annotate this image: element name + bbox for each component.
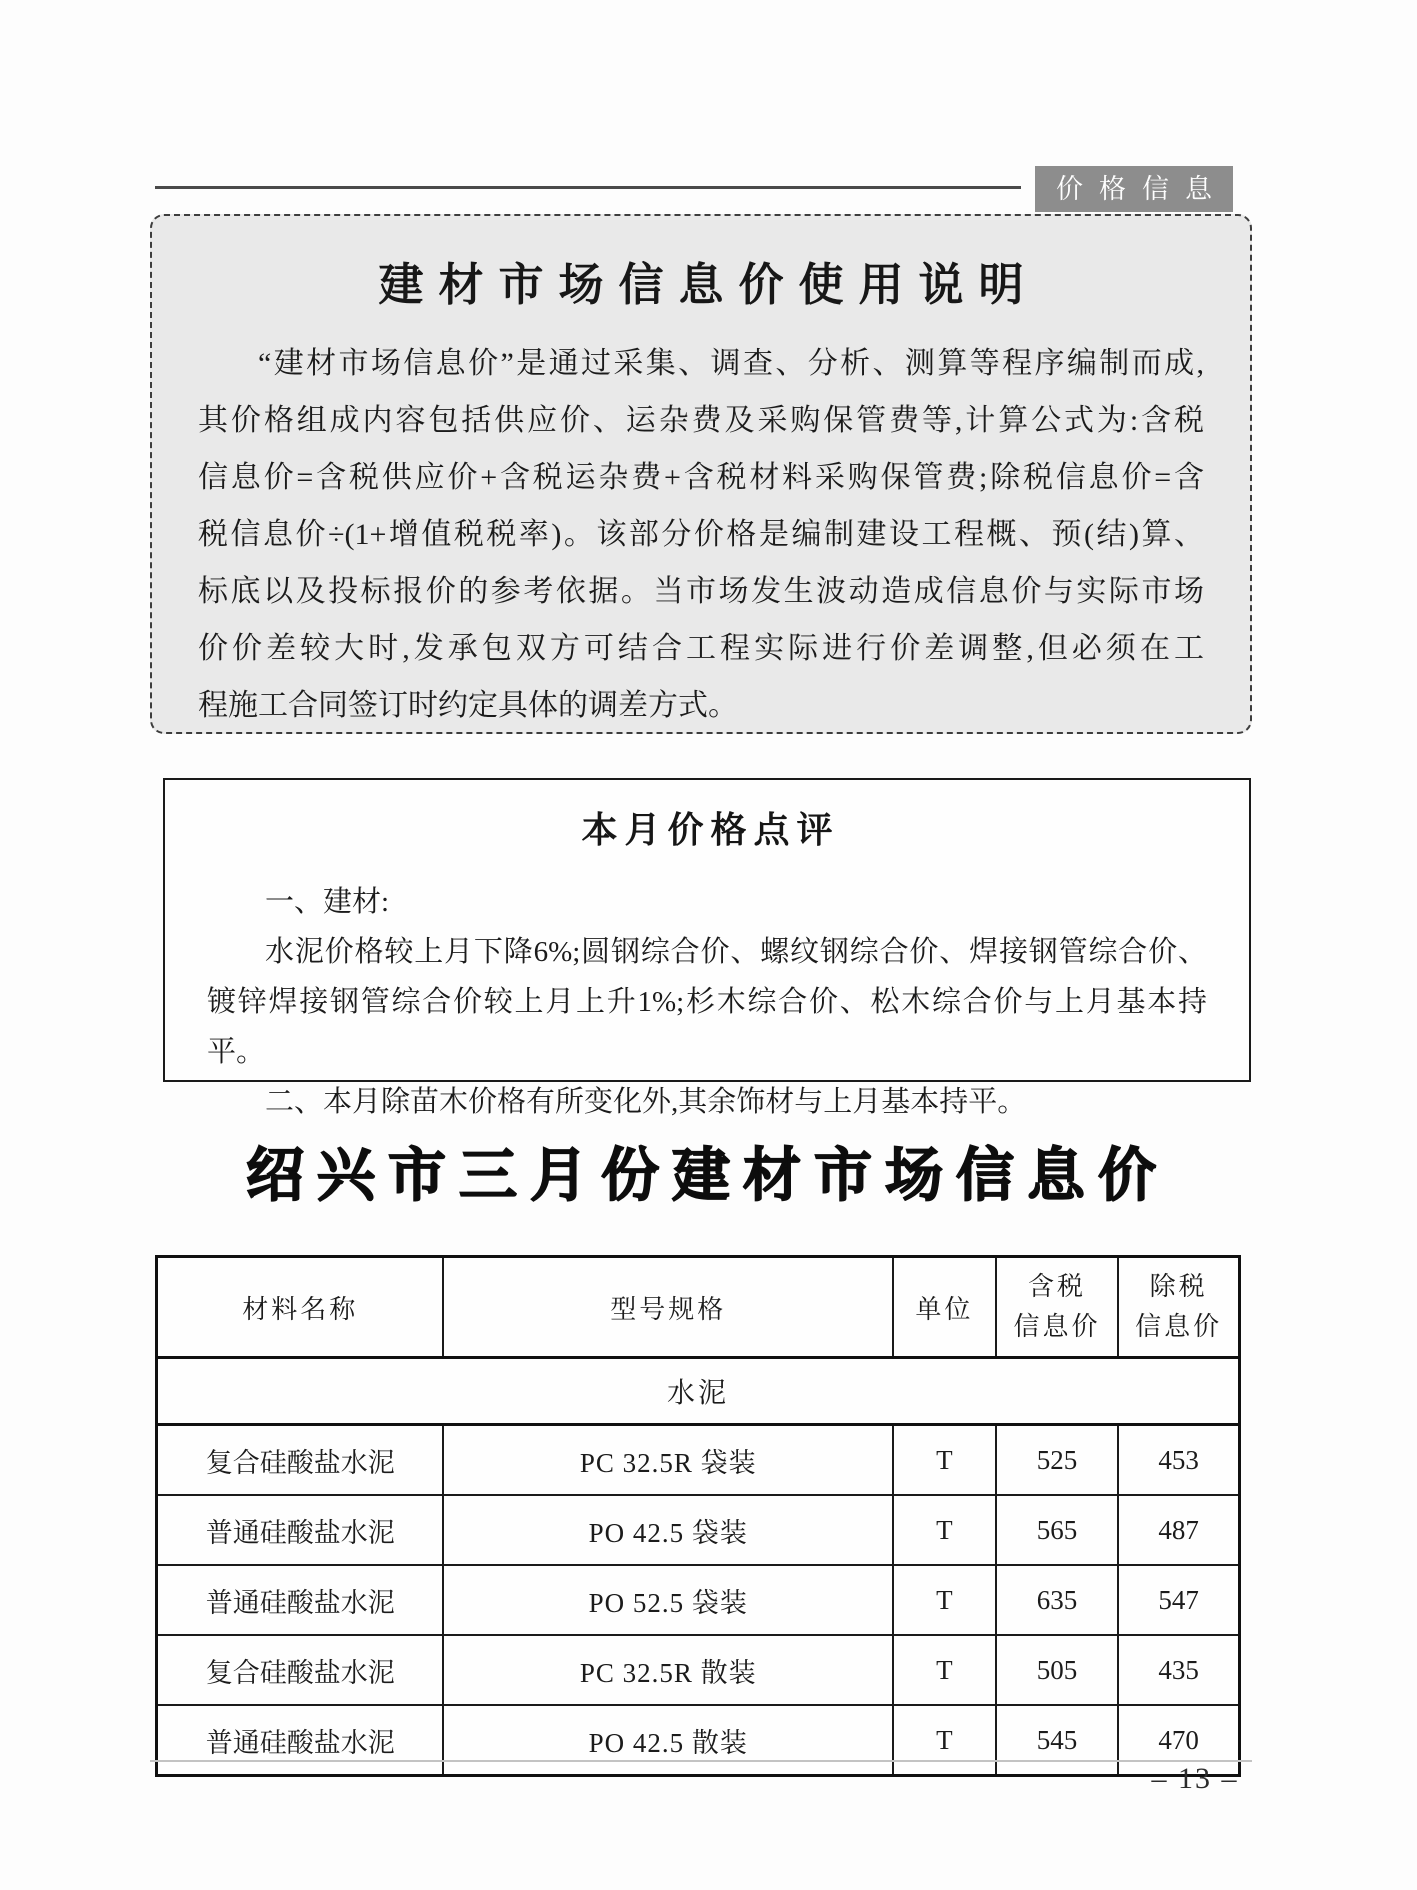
usage-line: 其价格组成内容包括供应价、运杂费及采购保管费等,计算公式为:含税 bbox=[198, 392, 1204, 449]
cell-material: 普通硅酸盐水泥 bbox=[157, 1495, 444, 1565]
cell-spec: PO 42.5 袋装 bbox=[443, 1495, 892, 1565]
comment-paragraph: 一、建材: bbox=[207, 877, 1207, 927]
table-underline bbox=[150, 1760, 1252, 1762]
comment-box-title: 本月价格点评 bbox=[207, 802, 1207, 853]
col-header-price-with-tax: 含税 信息价 bbox=[996, 1257, 1118, 1358]
usage-box-title: 建材市场信息价使用说明 bbox=[198, 248, 1204, 313]
section-badge: 价格信息 bbox=[1035, 166, 1233, 212]
section-label-cement: 水泥 bbox=[157, 1358, 1240, 1425]
cell-material: 复合硅酸盐水泥 bbox=[157, 1425, 444, 1496]
cell-material: 普通硅酸盐水泥 bbox=[157, 1705, 444, 1776]
cell-price-without-tax: 435 bbox=[1118, 1635, 1239, 1705]
col-header-spec: 型号规格 bbox=[443, 1257, 892, 1358]
col-header-line: 含税 bbox=[998, 1267, 1116, 1307]
usage-line: 程施工合同签订时约定具体的调差方式。 bbox=[198, 677, 1204, 734]
cell-price-with-tax: 635 bbox=[996, 1565, 1118, 1635]
col-header-line: 信息价 bbox=[1120, 1307, 1237, 1347]
cell-price-with-tax: 525 bbox=[996, 1425, 1118, 1496]
document-page: 价格信息 建材市场信息价使用说明 “建材市场信息价”是通过采集、调查、分析、测算… bbox=[0, 0, 1417, 1890]
comment-paragraph: 二、本月除苗木价格有所变化外,其余饰材与上月基本持平。 bbox=[207, 1077, 1207, 1127]
table-row: 普通硅酸盐水泥 PO 42.5 散装 T 545 470 bbox=[157, 1705, 1240, 1776]
cell-spec: PC 32.5R 散装 bbox=[443, 1635, 892, 1705]
table-section-row: 水泥 bbox=[157, 1358, 1240, 1425]
cell-spec: PO 52.5 袋装 bbox=[443, 1565, 892, 1635]
cell-unit: T bbox=[893, 1425, 996, 1496]
cell-spec: PC 32.5R 袋装 bbox=[443, 1425, 892, 1496]
col-header-line: 信息价 bbox=[998, 1307, 1116, 1347]
cell-unit: T bbox=[893, 1705, 996, 1776]
page-number: – 13 – bbox=[1145, 1762, 1245, 1796]
usage-instructions-box: 建材市场信息价使用说明 “建材市场信息价”是通过采集、调查、分析、测算等程序编制… bbox=[150, 214, 1252, 734]
cell-material: 普通硅酸盐水泥 bbox=[157, 1565, 444, 1635]
cell-price-with-tax: 505 bbox=[996, 1635, 1118, 1705]
page-title: 绍兴市三月份建材市场信息价 bbox=[150, 1128, 1252, 1212]
col-header-price-without-tax: 除税 信息价 bbox=[1118, 1257, 1239, 1358]
comment-paragraph: 水泥价格较上月下降6%;圆钢综合价、螺纹钢综合价、焊接钢管综合价、镀锌焊接钢管综… bbox=[207, 927, 1207, 1077]
cell-price-without-tax: 453 bbox=[1118, 1425, 1239, 1496]
cell-price-with-tax: 565 bbox=[996, 1495, 1118, 1565]
cell-price-with-tax: 545 bbox=[996, 1705, 1118, 1776]
table-row: 复合硅酸盐水泥 PC 32.5R 袋装 T 525 453 bbox=[157, 1425, 1240, 1496]
usage-line: 价价差较大时,发承包双方可结合工程实际进行价差调整,但必须在工 bbox=[198, 620, 1204, 677]
cell-material: 复合硅酸盐水泥 bbox=[157, 1635, 444, 1705]
cell-spec: PO 42.5 散装 bbox=[443, 1705, 892, 1776]
col-header-unit: 单位 bbox=[893, 1257, 996, 1358]
cell-unit: T bbox=[893, 1565, 996, 1635]
col-header-material: 材料名称 bbox=[157, 1257, 444, 1358]
table-row: 复合硅酸盐水泥 PC 32.5R 散装 T 505 435 bbox=[157, 1635, 1240, 1705]
cell-unit: T bbox=[893, 1495, 996, 1565]
cell-unit: T bbox=[893, 1635, 996, 1705]
cell-price-without-tax: 547 bbox=[1118, 1565, 1239, 1635]
price-table: 材料名称 型号规格 单位 含税 信息价 除税 信息价 水泥 复合硅酸盐水泥 PC… bbox=[155, 1255, 1241, 1777]
table-row: 普通硅酸盐水泥 PO 52.5 袋装 T 635 547 bbox=[157, 1565, 1240, 1635]
header-rule bbox=[155, 186, 1021, 189]
monthly-comment-box: 本月价格点评 一、建材: 水泥价格较上月下降6%;圆钢综合价、螺纹钢综合价、焊接… bbox=[163, 778, 1251, 1082]
usage-line: 税信息价÷(1+增值税税率)。该部分价格是编制建设工程概、预(结)算、 bbox=[198, 506, 1204, 563]
cell-price-without-tax: 487 bbox=[1118, 1495, 1239, 1565]
col-header-line: 除税 bbox=[1120, 1267, 1237, 1307]
table-row: 普通硅酸盐水泥 PO 42.5 袋装 T 565 487 bbox=[157, 1495, 1240, 1565]
usage-line: “建材市场信息价”是通过采集、调查、分析、测算等程序编制而成, bbox=[198, 335, 1204, 392]
table-header-row: 材料名称 型号规格 单位 含税 信息价 除税 信息价 bbox=[157, 1257, 1240, 1358]
usage-line: 标底以及投标报价的参考依据。当市场发生波动造成信息价与实际市场 bbox=[198, 563, 1204, 620]
usage-line: 信息价=含税供应价+含税运杂费+含税材料采购保管费;除税信息价=含 bbox=[198, 449, 1204, 506]
